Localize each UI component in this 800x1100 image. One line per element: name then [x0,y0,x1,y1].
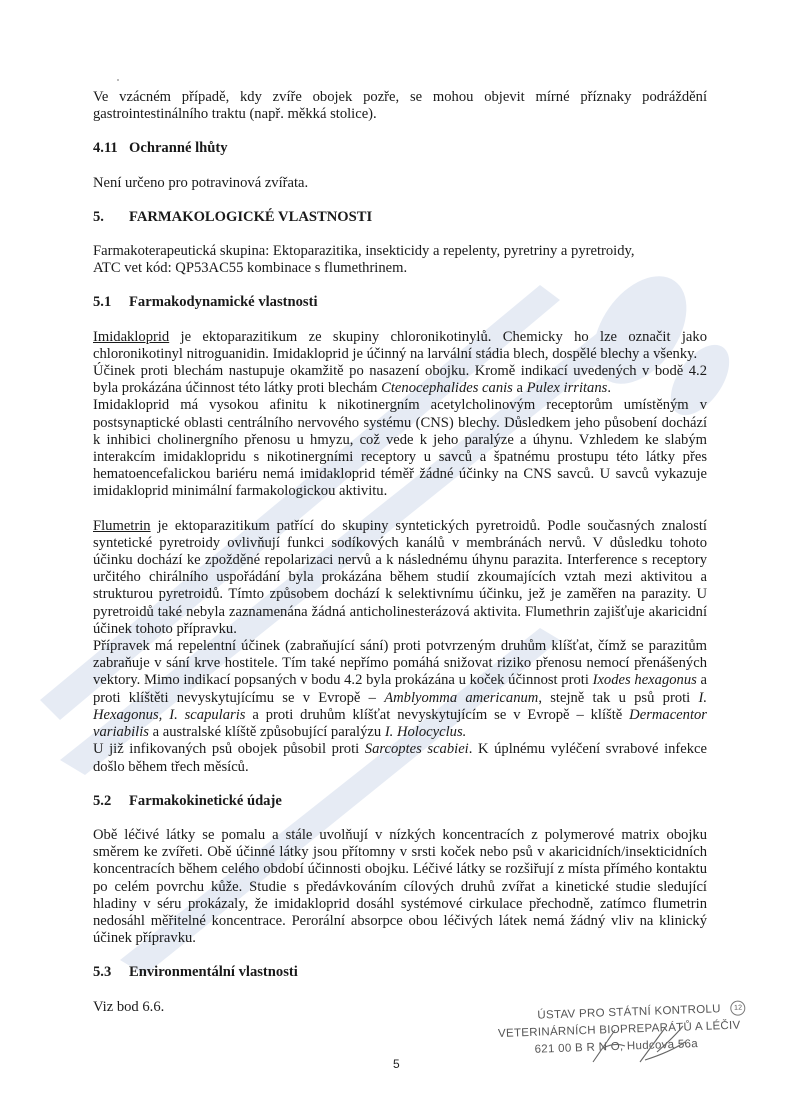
section-5-1-heading: 5.1Farmakodynamické vlastnosti [93,294,707,311]
intro-paragraph: Ve vzácném případě, kdy zvíře obojek poz… [93,89,707,123]
scan-speck [117,79,119,81]
page-number: 5 [393,1057,400,1071]
signature-icon [585,1022,695,1067]
document-page: Ve vzácném případě, kdy zvíře obojek poz… [93,89,707,1016]
sarcoptes-paragraph: U již infikovaných psů obojek působil pr… [93,741,707,775]
section-5-2-heading: 5.2Farmakokinetické údaje [93,793,707,810]
imidakloprid-paragraph-3: Imidakloprid má vysokou afinitu k nikoti… [93,397,707,500]
repellent-paragraph: Přípravek má repelentní účinek (zabraňuj… [93,638,707,741]
flumetrin-paragraph: Flumetrin je ektoparazitikum patřící do … [93,518,707,638]
section-5-2-text: Obě léčivé látky se pomalu a stále uvolň… [93,827,707,947]
imidakloprid-paragraph-2: Účinek proti blechám nastupuje okamžitě … [93,363,707,397]
stamp-number-badge: 12 [730,1001,746,1017]
imidakloprid-term: Imidakloprid [93,329,169,345]
section-5-3-heading: 5.3Environmentální vlastnosti [93,964,707,981]
section-5-heading: 5.FARMAKOLOGICKÉ VLASTNOSTI [93,209,707,226]
flumetrin-term: Flumetrin [93,518,151,534]
section-4-11-text: Není určeno pro potravinová zvířata. [93,175,707,192]
imidakloprid-paragraph-1: Imidakloprid je ektoparazitikum ze skupi… [93,329,707,363]
section-5-line2: ATC vet kód: QP53AC55 kombinace s flumet… [93,260,707,277]
section-5-line1: Farmakoterapeutická skupina: Ektoparazit… [93,243,707,260]
section-4-11-heading: 4.11Ochranné lhůty [93,140,707,157]
